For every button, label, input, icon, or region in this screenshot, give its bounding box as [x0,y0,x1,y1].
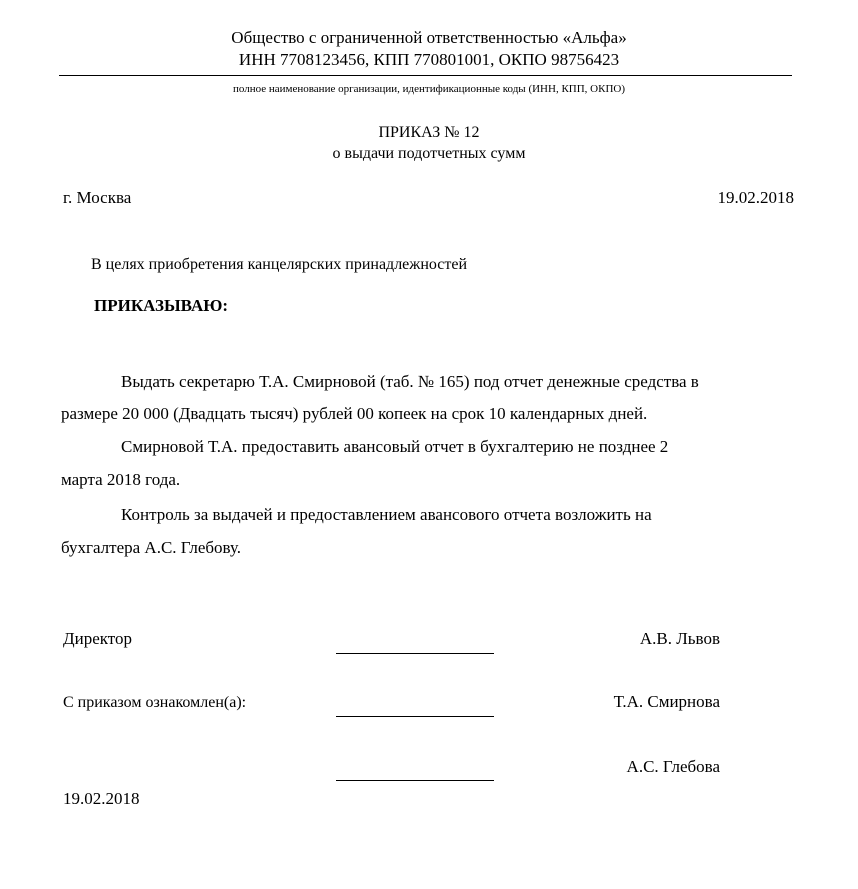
org-caption: полное наименование организации, идентиф… [0,83,858,95]
org-name: Общество с ограниченной ответственностью… [0,28,858,48]
order-date: 19.02.2018 [718,188,795,208]
order-title: ПРИКАЗ № 12 [0,124,858,142]
acquainted-signature-line-1 [336,716,494,717]
acquainted-signature-line-2 [336,780,494,781]
signature-date: 19.02.2018 [63,789,140,809]
order-purpose: В целях приобретения канцелярских принад… [91,256,467,274]
order-city: г. Москва [63,188,131,208]
header-divider [59,75,792,76]
director-label: Директор [63,629,132,649]
paragraph-2-line-2: марта 2018 года. [61,470,180,490]
order-subtitle: о выдачи подотчетных сумм [0,145,858,163]
order-command: ПРИКАЗЫВАЮ: [94,296,228,316]
acquainted-name-1: Т.А. Смирнова [614,692,720,712]
director-signature-line [336,653,494,654]
paragraph-3-line-1: Контроль за выдачей и предоставлением ав… [121,505,652,525]
paragraph-2-line-1: Смирновой Т.А. предоставить авансовый от… [121,437,668,457]
director-name: А.В. Львов [640,629,720,649]
paragraph-1-line-1: Выдать секретарю Т.А. Смирновой (таб. № … [121,372,699,392]
paragraph-1-line-2: размере 20 000 (Двадцать тысяч) рублей 0… [61,404,647,424]
paragraph-3-line-2: бухгалтера А.С. Глебову. [61,538,241,558]
acquainted-name-2: А.С. Глебова [627,757,720,777]
acquainted-label: С приказом ознакомлен(а): [63,694,246,712]
org-codes: ИНН 7708123456, КПП 770801001, ОКПО 9875… [0,50,858,70]
